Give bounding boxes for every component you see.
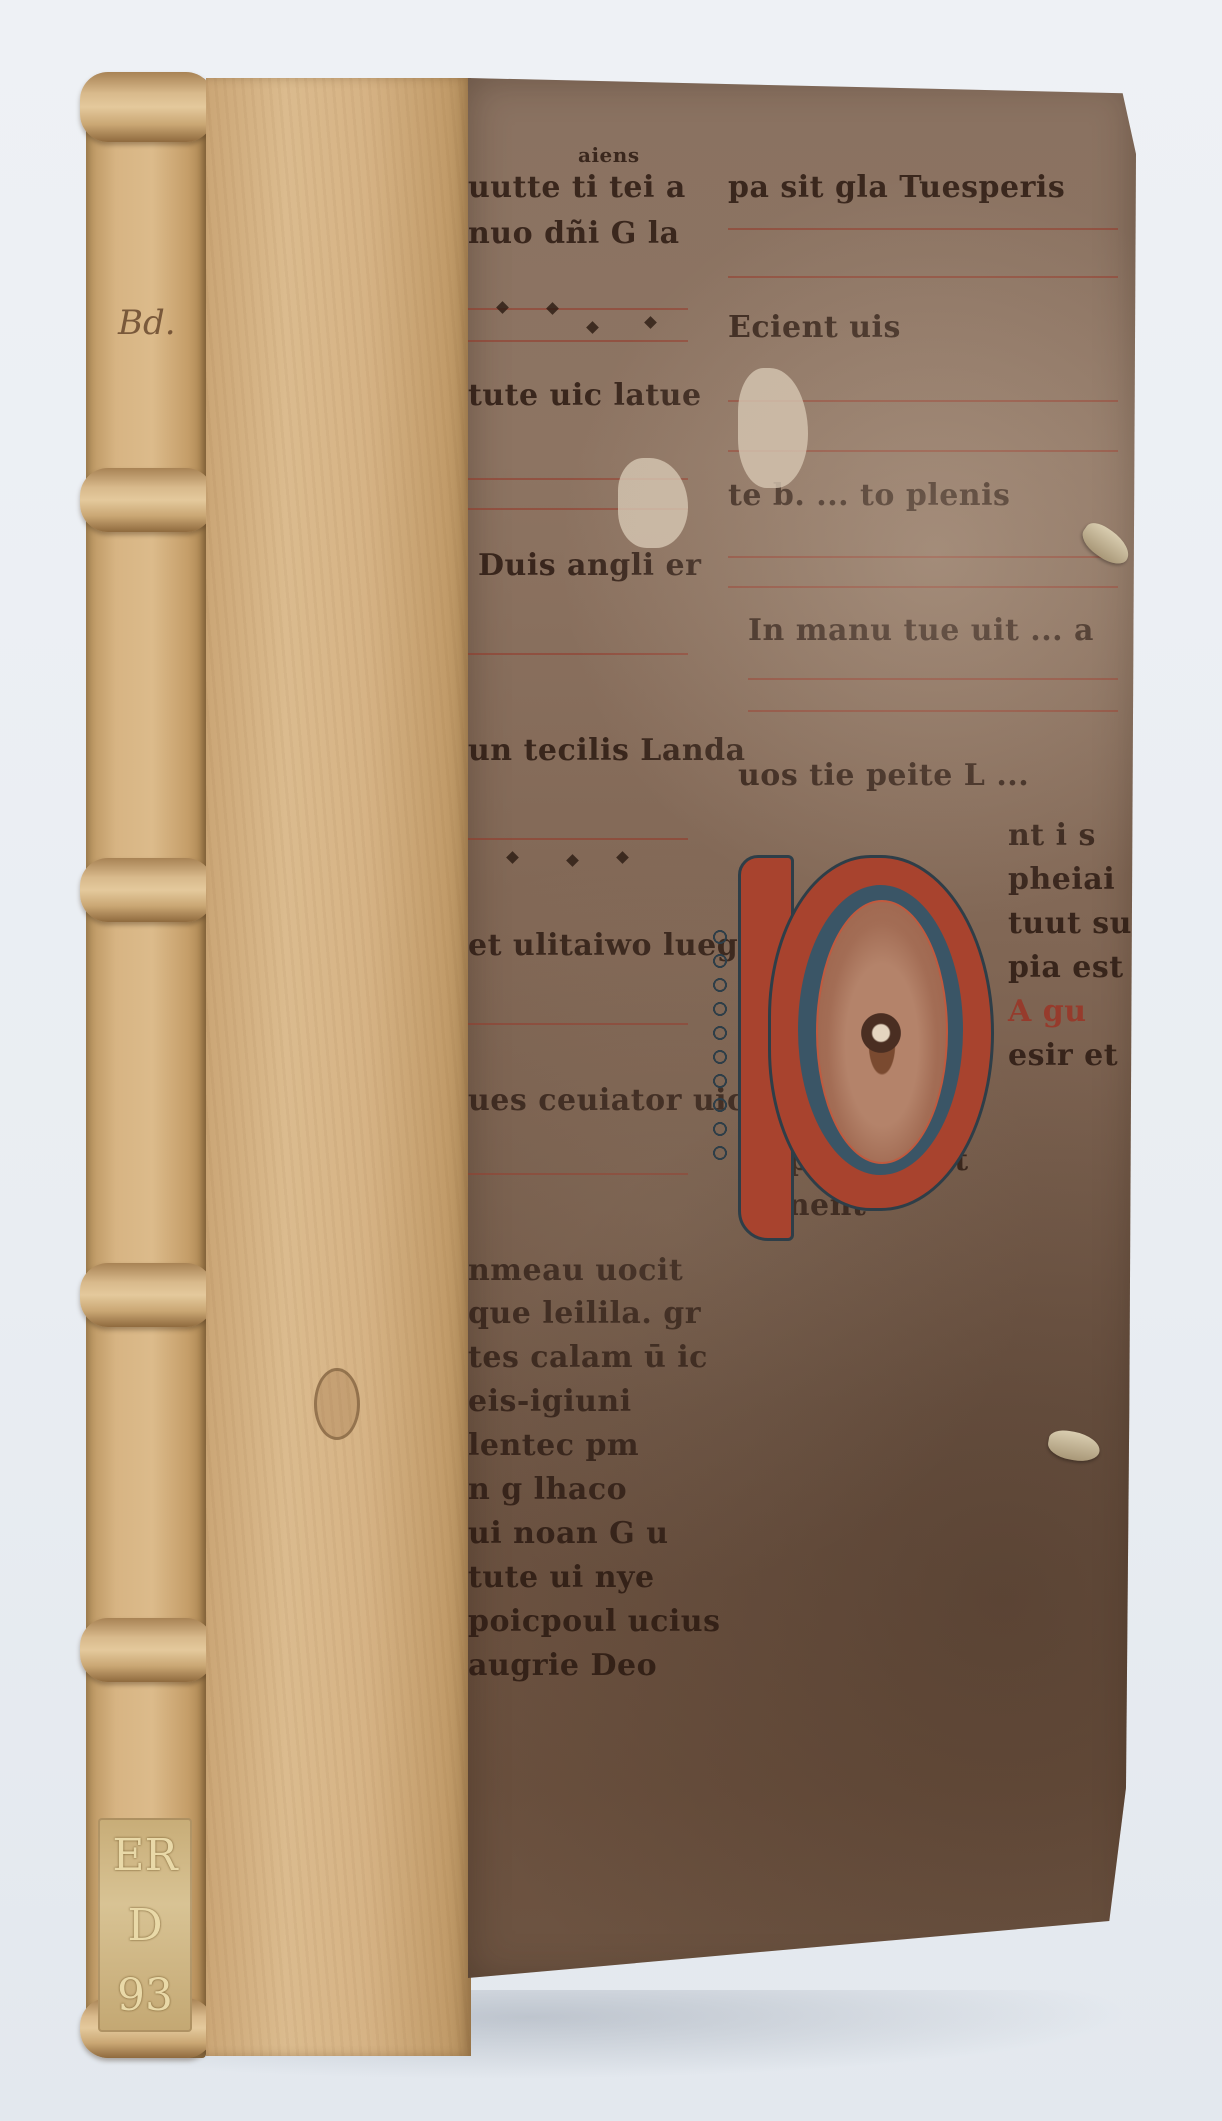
text-line: ues ceuiator uic [468,1083,746,1118]
text-line: pa sit gla Tuesperis [728,170,1065,205]
staff-line [728,228,1118,230]
neume [644,316,657,329]
text-line: uos tie peite L ... [738,758,1029,793]
text-line: tute ui nye [468,1560,655,1595]
neume [616,851,629,864]
label-line: 93 [117,1970,173,2021]
raised-band-3 [80,1263,214,1327]
text-line: te b. ... to plenis [728,478,1010,513]
neume [566,854,579,867]
raised-band-2 [80,858,214,922]
book-photo: Bd. ER D 93 aiens uutte ti tei a nuo dñi… [0,0,1222,2121]
text-line: un tecilis Landa [468,733,746,768]
text-line: eis-igiuni [468,1384,632,1419]
text-line: esir et [1008,1038,1118,1073]
staff-line [468,838,688,840]
spine-headcap [80,72,214,142]
staff-line [748,710,1118,712]
illuminated-initial-d [708,815,1004,1255]
text-line: nuo dñi G la [468,216,680,251]
spine: Bd. ER D 93 [86,78,206,2058]
spine-shelf-label: ER D 93 [98,1818,192,2032]
staff-line [468,1023,688,1025]
text-line: tute uic latue [468,378,702,413]
spine-handwritten-title: Bd. [118,303,176,343]
interlinear-note: aiens [578,143,640,167]
raised-band-4 [80,1618,214,1682]
staff-line [728,400,1118,402]
text-line: Ecient uis [728,310,901,345]
text-line: tuut su [1008,906,1132,941]
staff-line [468,1173,688,1175]
rosette-icon [858,1010,904,1056]
staff-line [728,276,1118,278]
text-line: augrie Deo [468,1648,657,1683]
staff-line [728,586,1118,588]
vellum-cover [206,78,471,2056]
text-line: ui noan G u [468,1516,669,1551]
text-line: poicpoul ucius [468,1604,720,1639]
text-line: tes calam ū ic [468,1340,708,1375]
raised-band-1 [80,468,214,532]
text-line: pia est [1008,950,1124,985]
neume [546,302,559,315]
staff-line [468,478,688,480]
staff-line [468,308,688,310]
text-line: que leilila. gr [468,1296,701,1331]
staff-line [728,556,1118,558]
text-line: A gu [1008,994,1087,1029]
parchment-loss [618,458,688,548]
text-line: In manu tue uit ... a [748,613,1094,648]
text-line: pheiai [1008,862,1115,897]
staff-line [728,450,1118,452]
text-line: uutte ti tei a [468,170,686,205]
staff-line [748,678,1118,680]
label-line: ER [112,1830,177,1881]
text-line: nmeau uocit [468,1253,683,1288]
neume [586,321,599,334]
label-line: D [127,1900,162,1951]
neume [506,851,519,864]
text-line: lentec pm [468,1428,639,1463]
text-line: nt i s [1008,818,1096,853]
pearl-border [708,925,736,1165]
text-line: n g lhaco [468,1472,627,1507]
staff-line [468,508,688,510]
parchment-loss [738,368,808,488]
neume [496,301,509,314]
worm-hole [314,1368,360,1440]
staff-line [468,340,688,342]
staff-line [468,653,688,655]
text-line: Duis angli er [478,548,701,583]
